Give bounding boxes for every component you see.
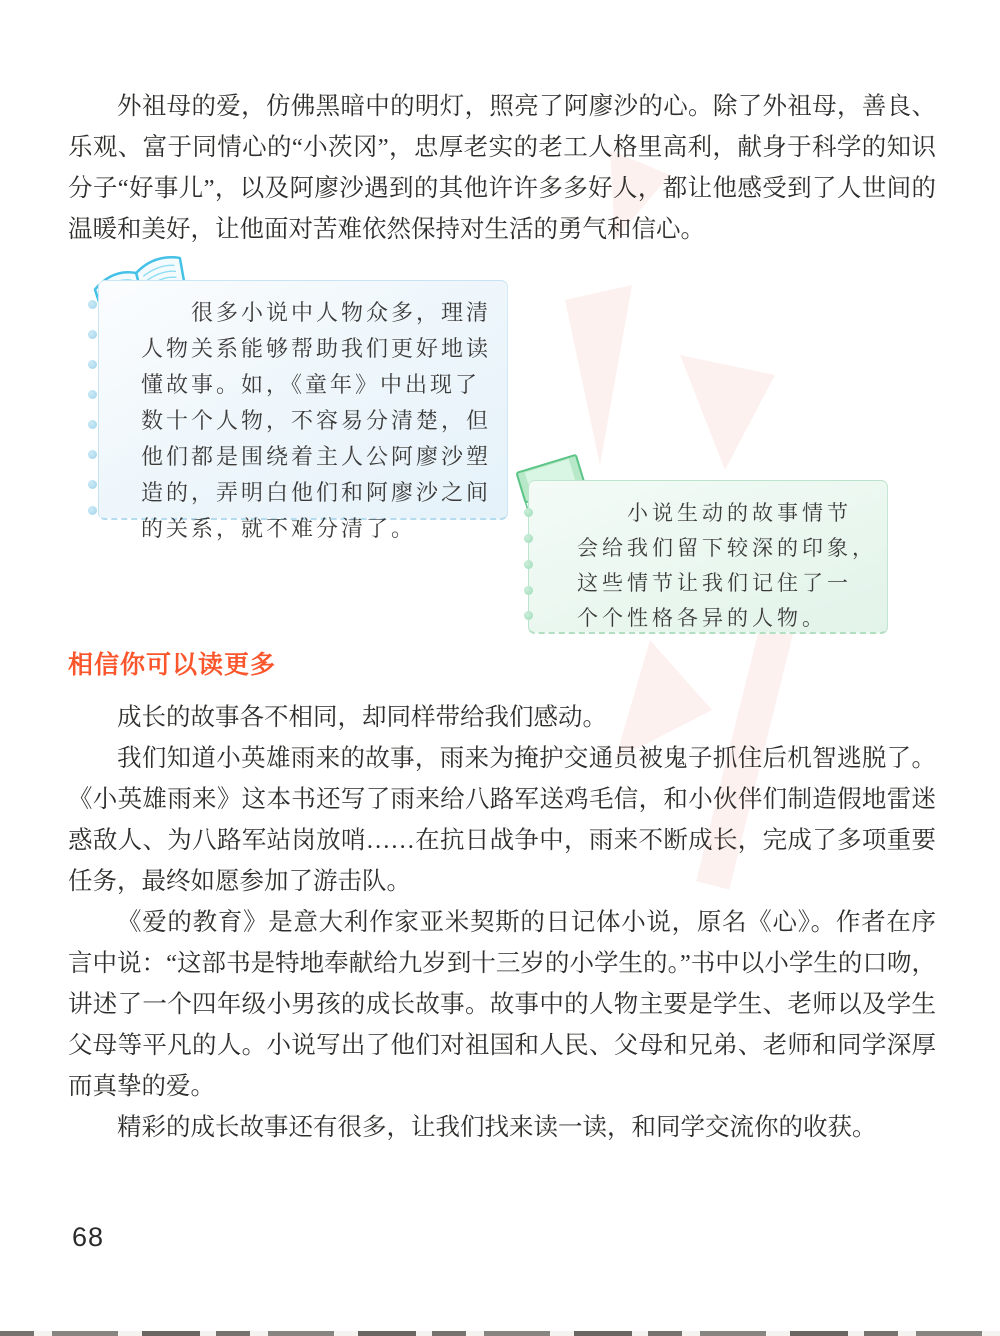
binder-hole-icon bbox=[88, 300, 97, 309]
body-paragraph: 《爱的教育》是意大利作家亚米契斯的日记体小说，原名《心》。作者在序言中说：“这部… bbox=[68, 902, 936, 1107]
page-number: 68 bbox=[72, 1222, 104, 1253]
binder-hole-icon bbox=[88, 360, 97, 369]
intro-paragraph: 外祖母的爱，仿佛黑暗中的明灯，照亮了阿廖沙的心。除了外祖母，善良、乐观、富于同情… bbox=[68, 86, 936, 250]
binder-hole-icon bbox=[88, 506, 97, 515]
binder-hole-icon bbox=[524, 611, 533, 620]
scan-bottom-edge bbox=[0, 1331, 1000, 1336]
binder-hole-icon bbox=[88, 450, 97, 459]
textbook-page: 外祖母的爱，仿佛黑暗中的明灯，照亮了阿廖沙的心。除了外祖母，善良、乐观、富于同情… bbox=[0, 0, 1000, 1336]
binder-hole-icon bbox=[88, 390, 97, 399]
body-paragraph: 精彩的成长故事还有很多，让我们找来读一读，和同学交流你的收获。 bbox=[68, 1107, 936, 1148]
main-text-block: 成长的故事各不相同，却同样带给我们感动。 我们知道小英雄雨来的故事，雨来为掩护交… bbox=[68, 697, 936, 1148]
green-note-text: 小说生动的故事情节 会给我们留下较深的印象， 这些情节让我们记住了一 个个性格各… bbox=[577, 496, 877, 636]
binder-hole-icon bbox=[524, 560, 533, 569]
body-paragraph: 我们知道小英雄雨来的故事，雨来为掩护交通员被鬼子抓住后机智逃脱了。《小英雄雨来》… bbox=[68, 738, 936, 902]
binder-hole-icon bbox=[524, 508, 533, 517]
green-note-box: 小说生动的故事情节 会给我们留下较深的印象， 这些情节让我们记住了一 个个性格各… bbox=[528, 480, 888, 634]
binder-hole-icon bbox=[524, 586, 533, 595]
binder-hole-icon bbox=[524, 534, 533, 543]
blue-note-text: 很多小说中人物众多，理清 人物关系能够帮助我们更好地读 懂故事。如，《童年》中出… bbox=[141, 295, 493, 547]
body-paragraph: 成长的故事各不相同，却同样带给我们感动。 bbox=[68, 697, 936, 738]
binder-hole-icon bbox=[88, 480, 97, 489]
section-heading: 相信你可以读更多 bbox=[68, 645, 276, 681]
binder-hole-icon bbox=[88, 420, 97, 429]
blue-note-box: 很多小说中人物众多，理清 人物关系能够帮助我们更好地读 懂故事。如，《童年》中出… bbox=[98, 280, 508, 520]
binder-hole-icon bbox=[88, 330, 97, 339]
